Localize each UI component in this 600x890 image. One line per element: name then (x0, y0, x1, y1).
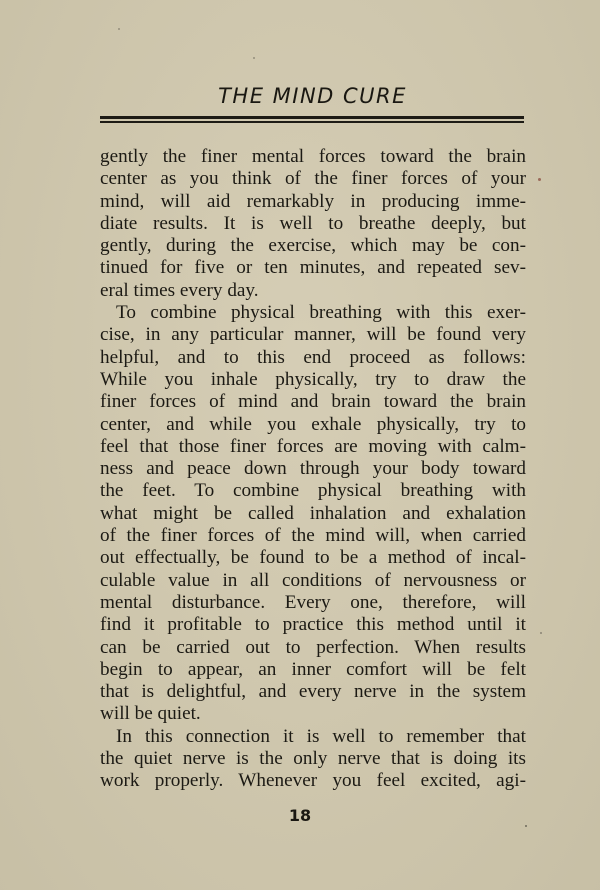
text-line: what might be called inhalation and exha… (100, 503, 526, 525)
text-line: tinued for five or ten minutes, and repe… (100, 257, 526, 279)
text-line: that is delightful, and every nerve in t… (100, 681, 526, 703)
text-line: While you inhale physically, try to draw… (100, 369, 526, 391)
text-line: work properly. Whenever you feel excited… (100, 770, 526, 792)
text-line: ness and peace down through your body to… (100, 458, 526, 480)
paper-speck (538, 178, 541, 181)
text-line: the quiet nerve is the only nerve that i… (100, 748, 526, 770)
text-line: the feet. To combine physical breathing … (100, 480, 526, 502)
text-line: eral times every day. (100, 280, 526, 302)
text-line: find it profitable to practice this meth… (100, 614, 526, 636)
paper-speck (540, 632, 542, 634)
text-line: feel that those finer forces are moving … (100, 436, 526, 458)
text-line: helpful, and to this end proceed as foll… (100, 347, 526, 369)
text-line: mental disturbance. Every one, therefore… (100, 592, 526, 614)
text-line: culable value in all conditions of nervo… (100, 570, 526, 592)
text-line: begin to appear, an inner comfort will b… (100, 659, 526, 681)
text-line: of the finer forces of the mind will, wh… (100, 525, 526, 547)
text-line: cise, in any particular manner, will be … (100, 324, 526, 346)
text-line: diate results. It is well to breathe dee… (100, 213, 526, 235)
paragraph-start-line: To combine physical breathing with this … (100, 302, 526, 324)
paper-speck (525, 825, 527, 827)
text-line: gently, during the exercise, which may b… (100, 235, 526, 257)
paper-speck (118, 28, 120, 30)
header-rule-thin (100, 121, 524, 123)
text-line: mind, will aid remarkably in producing i… (100, 191, 526, 213)
text-line: center as you think of the finer forces … (100, 168, 526, 190)
running-head: THE MIND CURE (100, 84, 525, 108)
paper-speck (253, 57, 255, 59)
text-line: can be carried out to perfection. When r… (100, 637, 526, 659)
book-page: THE MIND CURE gently the finer mental fo… (0, 0, 600, 890)
text-line: gently the finer mental forces toward th… (100, 146, 526, 168)
header-rule-thick (100, 116, 524, 119)
text-line: will be quiet. (100, 703, 526, 725)
text-line: finer forces of mind and brain toward th… (100, 391, 526, 413)
body-text: gently the finer mental forces toward th… (100, 146, 526, 793)
text-line: out effectually, be found to be a method… (100, 547, 526, 569)
page-number: 18 (0, 806, 600, 825)
paragraph-start-line: In this connection it is well to remembe… (100, 726, 526, 748)
text-line: center, and while you exhale physically,… (100, 414, 526, 436)
